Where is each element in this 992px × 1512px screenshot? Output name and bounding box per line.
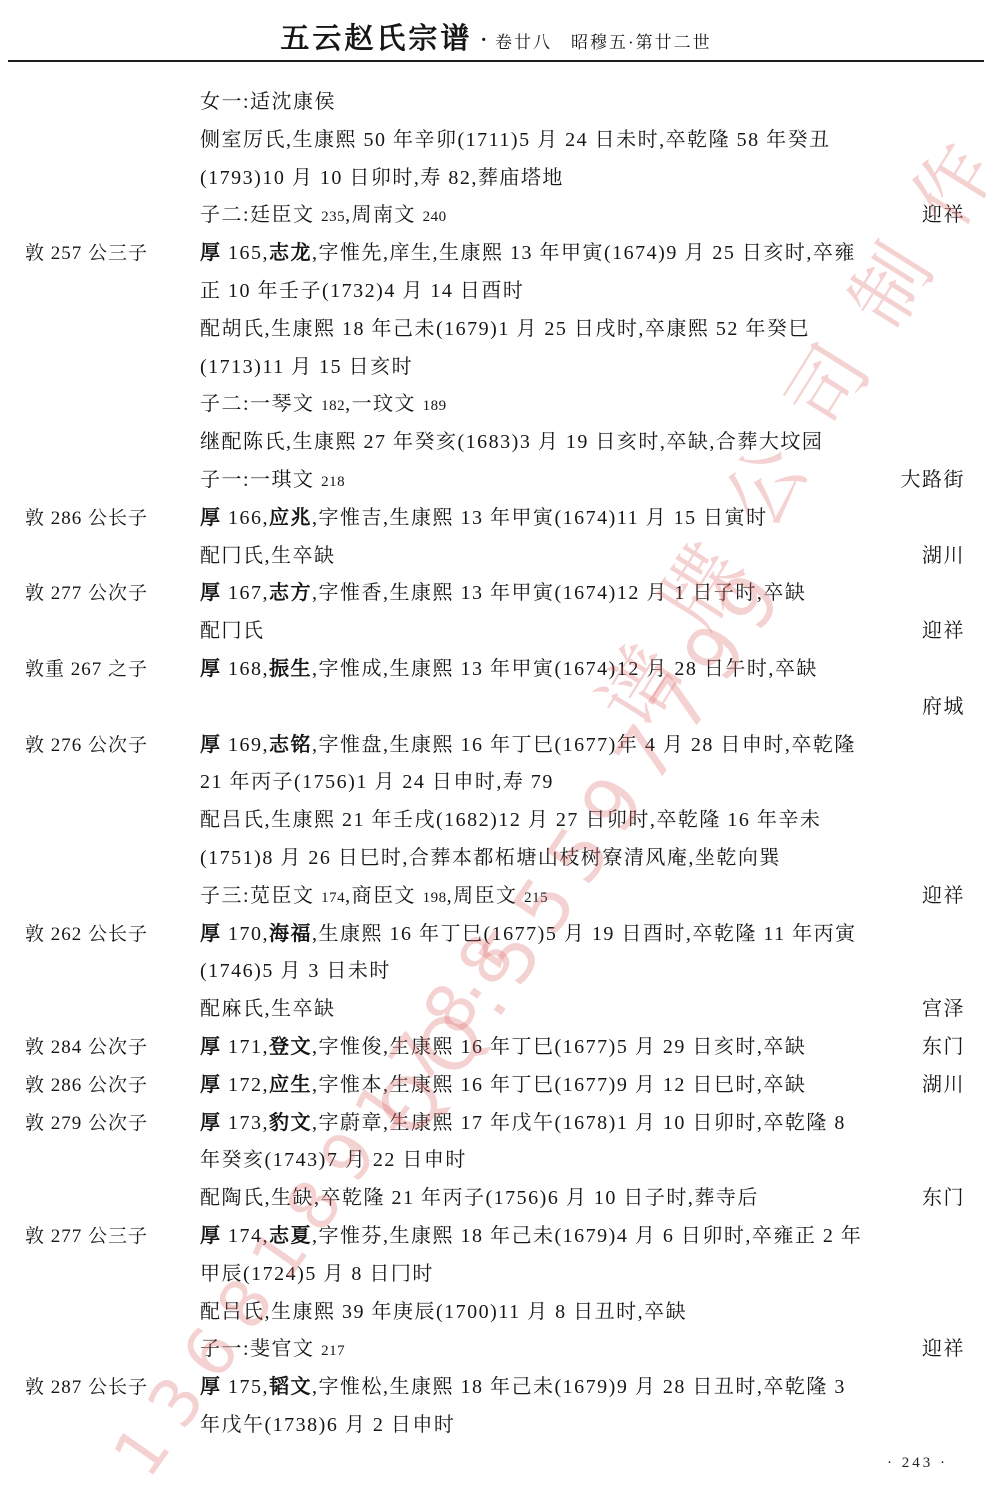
place-label: 湖川 [922,538,992,576]
generation-label: 敦 276 公次子 [0,727,200,765]
genealogy-row: 子二:廷臣文 235,周南文 240迎祥 [0,197,992,235]
text-segment: 168, [228,658,269,680]
entry-text: (1713)11 月 15 日亥时 [200,349,992,387]
generation-label: 敦 277 公次子 [0,575,200,613]
text-segment: 志铭 [269,734,312,756]
text-segment: 子一:斐官文 [200,1338,321,1360]
entry-text: 配麻氏,生卒缺 [200,991,922,1029]
text-segment: ,字蔚章,生康熙 17 年戊午(1678)1 月 10 日卯时,卒乾隆 8 [312,1112,846,1134]
genealogy-row: 配胡氏,生康熙 18 年己未(1679)1 月 25 日戌时,卒康熙 52 年癸… [0,311,992,349]
entry-text: 子一:斐官文 217 [200,1331,922,1371]
genealogy-row: (1793)10 月 10 日卯时,寿 82,葬庙塔地 [0,160,992,198]
text-segment: 正 10 年壬子(1732)4 月 14 日酉时 [200,280,524,302]
text-segment: 厚 [200,507,228,529]
text-segment: 165, [228,242,269,264]
text-segment: 志夏 [269,1225,312,1247]
entry-text: 甲辰(1724)5 月 8 日冂时 [200,1256,992,1294]
text-segment: 240 [423,209,447,225]
text-segment: 厚 [200,1036,228,1058]
generation-label: 敦 262 公长子 [0,916,200,954]
genealogy-row: 子一:斐官文 217迎祥 [0,1331,992,1369]
text-segment: ,字惟先,庠生,生康熙 13 年甲寅(1674)9 月 25 日亥时,卒雍 [312,242,856,264]
genealogy-body: 女一:适沈康侯侧室厉氏,生康熙 50 年辛卯(1711)5 月 24 日未时,卒… [0,84,992,1445]
genealogy-row: 敦 277 公三子厚 174,志夏,字惟芬,生康熙 18 年己未(1679)4 … [0,1218,992,1256]
text-segment: 女一:适沈康侯 [200,91,336,113]
genealogy-row: 敦 286 公次子厚 172,应生,字惟本,生康熙 16 年丁巳(1677)9 … [0,1067,992,1105]
genealogy-row: 配吕氏,生康熙 39 年庚辰(1700)11 月 8 日丑时,卒缺 [0,1294,992,1332]
text-segment: ,周臣文 [447,885,525,907]
text-segment: ,字惟香,生康熙 13 年甲寅(1674)12 月 1 日子时,卒缺 [312,582,806,604]
entry-text: 配冂氏,生卒缺 [200,538,922,576]
entry-text: 配冂氏 [200,613,922,651]
entry-text: 厚 174,志夏,字惟芬,生康熙 18 年己未(1679)4 月 6 日卯时,卒… [200,1218,992,1256]
text-segment: 登文 [269,1036,312,1058]
text-segment: 厚 [200,1225,228,1247]
text-segment: 218 [321,474,345,490]
text-segment: 厚 [200,734,228,756]
genealogy-row: 配麻氏,生卒缺宫泽 [0,991,992,1029]
text-segment: 198 [423,890,447,906]
generation-label: 敦 277 公三子 [0,1218,200,1256]
entry-text: 子二:廷臣文 235,周南文 240 [200,197,922,237]
text-segment: 厚 [200,582,228,604]
page-number: · 243 · [887,1455,948,1472]
genealogy-row: 正 10 年壬子(1732)4 月 14 日酉时 [0,273,992,311]
entry-text: 厚 165,志龙,字惟先,庠生,生康熙 13 年甲寅(1674)9 月 25 日… [200,235,992,273]
entry-text: (1746)5 月 3 日未时 [200,953,992,991]
text-segment: 174, [228,1225,269,1247]
genealogy-row: 敦 284 公次子厚 171,登文,字惟俊,生康熙 16 年丁巳(1677)5 … [0,1029,992,1067]
entry-text: 子二:一琴文 182,一玟文 189 [200,386,992,426]
text-segment: 韬文 [269,1376,312,1398]
entry-text: 子一:一琪文 218 [200,462,901,502]
text-segment: 子一:一琪文 [200,469,321,491]
text-segment: 170, [228,923,269,945]
text-segment: ,字惟盘,生康熙 16 年丁巳(1677)年 4 月 28 日申时,卒乾隆 [312,734,856,756]
genealogy-row: 配冂氏,生卒缺湖川 [0,538,992,576]
genealogy-row: 甲辰(1724)5 月 8 日冂时 [0,1256,992,1294]
text-segment: 215 [524,890,548,906]
text-segment: 振生 [269,658,312,680]
entry-text: 厚 166,应兆,字惟吉,生康熙 13 年甲寅(1674)11 月 15 日寅时 [200,500,992,538]
genealogy-row: 敦 257 公三子厚 165,志龙,字惟先,庠生,生康熙 13 年甲寅(1674… [0,235,992,273]
text-segment: 甲辰(1724)5 月 8 日冂时 [200,1263,434,1285]
text-segment: ,生康熙 16 年丁巳(1677)5 月 19 日酉时,卒乾隆 11 年丙寅 [312,923,857,945]
entry-text: 厚 173,豹文,字蔚章,生康熙 17 年戊午(1678)1 月 10 日卯时,… [200,1105,992,1143]
text-segment: 侧室厉氏,生康熙 50 年辛卯(1711)5 月 24 日未时,卒乾隆 58 年… [200,129,831,151]
text-segment: 21 年丙子(1756)1 月 24 日申时,寿 79 [200,771,554,793]
place-label: 宫泽 [922,991,992,1029]
page-header: 五云赵氏宗谱·卷廿八 昭穆五·第廿二世 [0,16,992,57]
entry-text: 配吕氏,生康熙 39 年庚辰(1700)11 月 8 日丑时,卒缺 [200,1294,992,1332]
text-segment: 172, [228,1074,269,1096]
genealogy-row: 敦 262 公长子厚 170,海福,生康熙 16 年丁巳(1677)5 月 19… [0,916,992,954]
text-segment: 志方 [269,582,312,604]
genealogy-row: 敦 276 公次子厚 169,志铭,字惟盘,生康熙 16 年丁巳(1677)年 … [0,727,992,765]
entry-text: 正 10 年壬子(1732)4 月 14 日酉时 [200,273,992,311]
entry-text: 继配陈氏,生康熙 27 年癸亥(1683)3 月 19 日亥时,卒缺,合葬大坟园 [200,424,992,462]
text-segment: 配麻氏,生卒缺 [200,998,336,1020]
text-segment: 配冂氏 [200,620,265,642]
genealogy-row: 继配陈氏,生康熙 27 年癸亥(1683)3 月 19 日亥时,卒缺,合葬大坟园 [0,424,992,462]
header-divider [8,60,984,62]
title-separator-dot: · [480,29,487,51]
text-segment: 子二:廷臣文 [200,204,321,226]
text-segment: 子三:苋臣文 [200,885,321,907]
genealogy-row: 府城 [0,689,992,727]
text-segment: 厚 [200,1074,228,1096]
genealogy-row: 侧室厉氏,生康熙 50 年辛卯(1711)5 月 24 日未时,卒乾隆 58 年… [0,122,992,160]
text-segment: 厚 [200,658,228,680]
genealogy-row: 年戊午(1738)6 月 2 日申时 [0,1407,992,1445]
place-label: 迎祥 [922,878,992,916]
genealogy-row: 敦 279 公次子厚 173,豹文,字蔚章,生康熙 17 年戊午(1678)1 … [0,1105,992,1143]
text-segment: 配陶氏,生缺,卒乾隆 21 年丙子(1756)6 月 10 日子时,葬寺后 [200,1187,759,1209]
text-segment: 174 [321,890,345,906]
entry-text: 配陶氏,生缺,卒乾隆 21 年丙子(1756)6 月 10 日子时,葬寺后 [200,1180,922,1218]
place-label: 迎祥 [922,1331,992,1369]
text-segment: ,字惟芬,生康熙 18 年己未(1679)4 月 6 日卯时,卒雍正 2 年 [312,1225,862,1247]
volume-subtitle: 卷廿八 昭穆五·第廿二世 [495,33,712,52]
entry-text: (1751)8 月 26 日巳时,合葬本都柘塘山枝树寮清风庵,坐乾向巽 [200,840,992,878]
text-segment: (1751)8 月 26 日巳时,合葬本都柘塘山枝树寮清风庵,坐乾向巽 [200,847,781,869]
entry-text: 配吕氏,生康熙 21 年壬戌(1682)12 月 27 日卯时,卒乾隆 16 年… [200,802,992,840]
place-label: 迎祥 [922,613,992,651]
text-segment: 继配陈氏,生康熙 27 年癸亥(1683)3 月 19 日亥时,卒缺,合葬大坟园 [200,431,823,453]
genealogy-row: 敦 287 公长子厚 175,韬文,字惟松,生康熙 18 年己未(1679)9 … [0,1369,992,1407]
generation-label: 敦重 267 之子 [0,651,200,689]
generation-label: 敦 286 公长子 [0,500,200,538]
text-segment: ,字惟成,生康熙 13 年甲寅(1674)12 月 28 日午时,卒缺 [312,658,818,680]
text-segment: 235 [321,209,345,225]
genealogy-title: 五云赵氏宗谱 [280,23,472,55]
text-segment: 173, [228,1112,269,1134]
text-segment: 182 [321,398,345,414]
place-label: 迎祥 [922,197,992,235]
text-segment: 175, [228,1376,269,1398]
text-segment: 子二:一琴文 [200,393,321,415]
text-segment: 217 [321,1343,345,1359]
text-segment: 配冂氏,生卒缺 [200,545,336,567]
text-segment: ,字惟俊,生康熙 16 年丁巳(1677)5 月 29 日亥时,卒缺 [312,1036,806,1058]
genealogy-row: 敦重 267 之子厚 168,振生,字惟成,生康熙 13 年甲寅(1674)12… [0,651,992,689]
genealogy-row: (1746)5 月 3 日未时 [0,953,992,991]
generation-label: 敦 279 公次子 [0,1105,200,1143]
text-segment: 169, [228,734,269,756]
entry-text: 女一:适沈康侯 [200,84,992,122]
entry-text: 厚 169,志铭,字惟盘,生康熙 16 年丁巳(1677)年 4 月 28 日申… [200,727,992,765]
text-segment: ,字惟吉,生康熙 13 年甲寅(1674)11 月 15 日寅时 [312,507,768,529]
genealogy-row: (1713)11 月 15 日亥时 [0,349,992,387]
text-segment: 配吕氏,生康熙 21 年壬戌(1682)12 月 27 日卯时,卒乾隆 16 年… [200,809,821,831]
genealogy-row: 21 年丙子(1756)1 月 24 日申时,寿 79 [0,764,992,802]
entry-text: 厚 170,海福,生康熙 16 年丁巳(1677)5 月 19 日酉时,卒乾隆 … [200,916,992,954]
genealogy-row: 年癸亥(1743)7 月 22 日申时 [0,1142,992,1180]
text-segment: (1793)10 月 10 日卯时,寿 82,葬庙塔地 [200,167,564,189]
text-segment: 厚 [200,923,228,945]
text-segment: 厚 [200,1376,228,1398]
entry-text: 厚 172,应生,字惟本,生康熙 16 年丁巳(1677)9 月 12 日巳时,… [200,1067,922,1105]
genealogy-row: 配冂氏迎祥 [0,613,992,651]
entry-text: 21 年丙子(1756)1 月 24 日申时,寿 79 [200,764,992,802]
text-segment: ,字惟本,生康熙 16 年丁巳(1677)9 月 12 日巳时,卒缺 [312,1074,806,1096]
genealogy-row: 敦 286 公长子厚 166,应兆,字惟吉,生康熙 13 年甲寅(1674)11… [0,500,992,538]
place-label: 东门 [922,1029,992,1067]
text-segment: 166, [228,507,269,529]
place-label: 湖川 [922,1067,992,1105]
genealogy-row: 配吕氏,生康熙 21 年壬戌(1682)12 月 27 日卯时,卒乾隆 16 年… [0,802,992,840]
text-segment: 厚 [200,242,228,264]
entry-text: 厚 167,志方,字惟香,生康熙 13 年甲寅(1674)12 月 1 日子时,… [200,575,992,613]
genealogy-row: 子一:一琪文 218大路街 [0,462,992,500]
place-label: 府城 [922,689,992,727]
genealogy-row: (1751)8 月 26 日巳时,合葬本都柘塘山枝树寮清风庵,坐乾向巽 [0,840,992,878]
text-segment: ,一玟文 [345,393,423,415]
entry-text: 厚 171,登文,字惟俊,生康熙 16 年丁巳(1677)5 月 29 日亥时,… [200,1029,922,1067]
text-segment: (1713)11 月 15 日亥时 [200,356,413,378]
genealogy-row: 敦 277 公次子厚 167,志方,字惟香,生康熙 13 年甲寅(1674)12… [0,575,992,613]
entry-text: (1793)10 月 10 日卯时,寿 82,葬庙塔地 [200,160,992,198]
text-segment: 豹文 [269,1112,312,1134]
text-segment: 配胡氏,生康熙 18 年己未(1679)1 月 25 日戌时,卒康熙 52 年癸… [200,318,810,340]
generation-label: 敦 287 公长子 [0,1369,200,1407]
text-segment: 应兆 [269,507,312,529]
entry-text: 厚 168,振生,字惟成,生康熙 13 年甲寅(1674)12 月 28 日午时… [200,651,992,689]
text-segment: 配吕氏,生康熙 39 年庚辰(1700)11 月 8 日丑时,卒缺 [200,1301,687,1323]
text-segment: 志龙 [269,242,312,264]
text-segment: 海福 [269,923,312,945]
text-segment: 171, [228,1036,269,1058]
generation-label: 敦 257 公三子 [0,235,200,273]
text-segment: 应生 [269,1074,312,1096]
entry-text: 年戊午(1738)6 月 2 日申时 [200,1407,992,1445]
genealogy-row: 子二:一琴文 182,一玟文 189 [0,386,992,424]
generation-label: 敦 286 公次子 [0,1067,200,1105]
place-label: 东门 [922,1180,992,1218]
entry-text: 子三:苋臣文 174,商臣文 198,周臣文 215 [200,878,922,918]
place-label: 大路街 [901,462,992,500]
text-segment: 189 [423,398,447,414]
text-segment: 厚 [200,1112,228,1134]
text-segment: ,字惟松,生康熙 18 年己未(1679)9 月 28 日丑时,卒乾隆 3 [312,1376,846,1398]
text-segment: (1746)5 月 3 日未时 [200,960,391,982]
text-segment: 167, [228,582,269,604]
genealogy-row: 子三:苋臣文 174,商臣文 198,周臣文 215迎祥 [0,878,992,916]
generation-label: 敦 284 公次子 [0,1029,200,1067]
entry-text: 侧室厉氏,生康熙 50 年辛卯(1711)5 月 24 日未时,卒乾隆 58 年… [200,122,992,160]
entry-text: 配胡氏,生康熙 18 年己未(1679)1 月 25 日戌时,卒康熙 52 年癸… [200,311,992,349]
text-segment: ,商臣文 [345,885,423,907]
genealogy-row: 配陶氏,生缺,卒乾隆 21 年丙子(1756)6 月 10 日子时,葬寺后东门 [0,1180,992,1218]
text-segment: ,周南文 [345,204,423,226]
entry-text: 厚 175,韬文,字惟松,生康熙 18 年己未(1679)9 月 28 日丑时,… [200,1369,992,1407]
text-segment: 年癸亥(1743)7 月 22 日申时 [200,1149,467,1171]
genealogy-row: 女一:适沈康侯 [0,84,992,122]
text-segment: 年戊午(1738)6 月 2 日申时 [200,1414,455,1436]
entry-text: 年癸亥(1743)7 月 22 日申时 [200,1142,992,1180]
